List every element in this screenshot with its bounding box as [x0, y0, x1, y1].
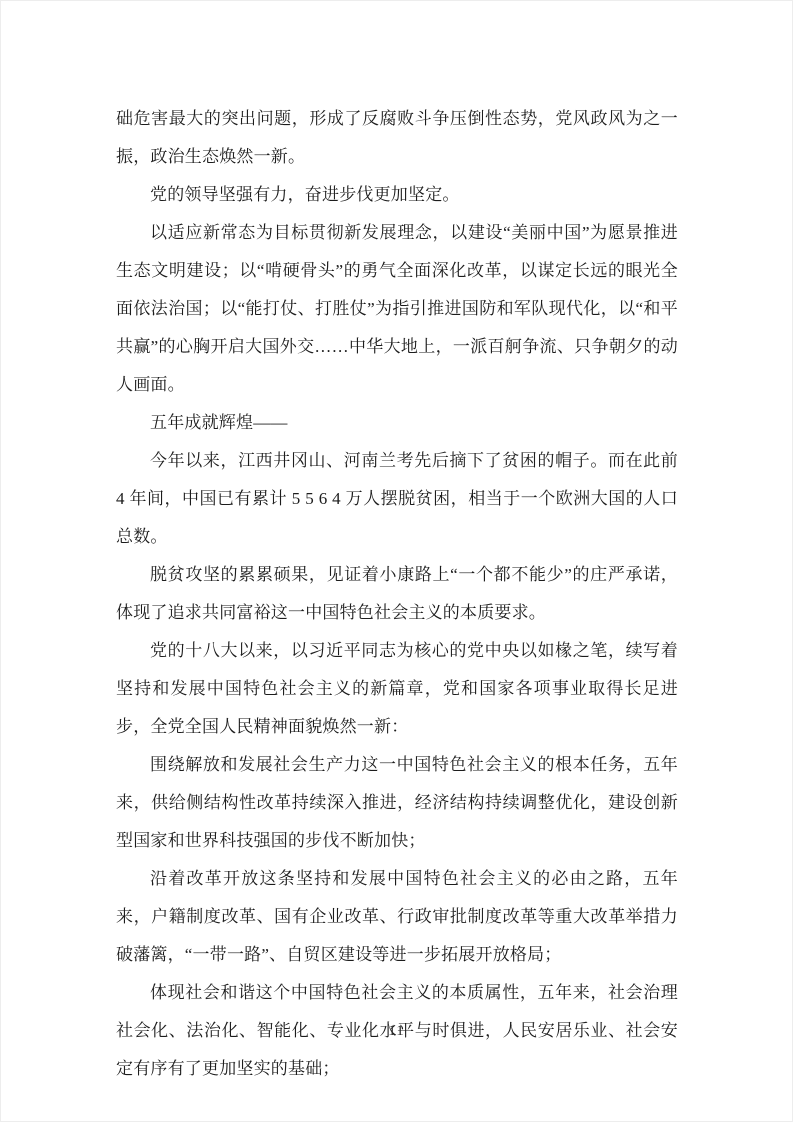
paragraph: 础危害最大的突出问题，形成了反腐败斗争压倒性态势，党风政风为之一振，政治生态焕然…: [116, 100, 678, 176]
paragraph: 今年以来，江西井冈山、河南兰考先后摘下了贫困的帽子。而在此前 4 年间，中国已有…: [116, 442, 678, 556]
document-body: 础危害最大的突出问题，形成了反腐败斗争压倒性态势，党风政风为之一振，政治生态焕然…: [116, 100, 678, 1088]
paragraph: 党的十八大以来，以习近平同志为核心的党中央以如椽之笔，续写着坚持和发展中国特色社…: [116, 632, 678, 746]
paragraph: 围绕解放和发展社会生产力这一中国特色社会主义的根本任务，五年来，供给侧结构性改革…: [116, 746, 678, 860]
paragraph: 以适应新常态为目标贯彻新发展理念，以建设“美丽中国”为愿景推进生态文明建设；以“…: [116, 214, 678, 404]
document-page: 础危害最大的突出问题，形成了反腐败斗争压倒性态势，党风政风为之一振，政治生态焕然…: [0, 0, 793, 1122]
paragraph: 沿着改革开放这条坚持和发展中国特色社会主义的必由之路，五年来，户籍制度改革、国有…: [116, 860, 678, 974]
page-number: 11: [1, 1023, 792, 1040]
paragraph: 党的领导坚强有力，奋进步伐更加坚定。: [116, 176, 678, 214]
paragraph: 脱贫攻坚的累累硕果，见证着小康路上“一个都不能少”的庄严承诺，体现了追求共同富裕…: [116, 556, 678, 632]
paragraph: 五年成就辉煌——: [116, 404, 678, 442]
